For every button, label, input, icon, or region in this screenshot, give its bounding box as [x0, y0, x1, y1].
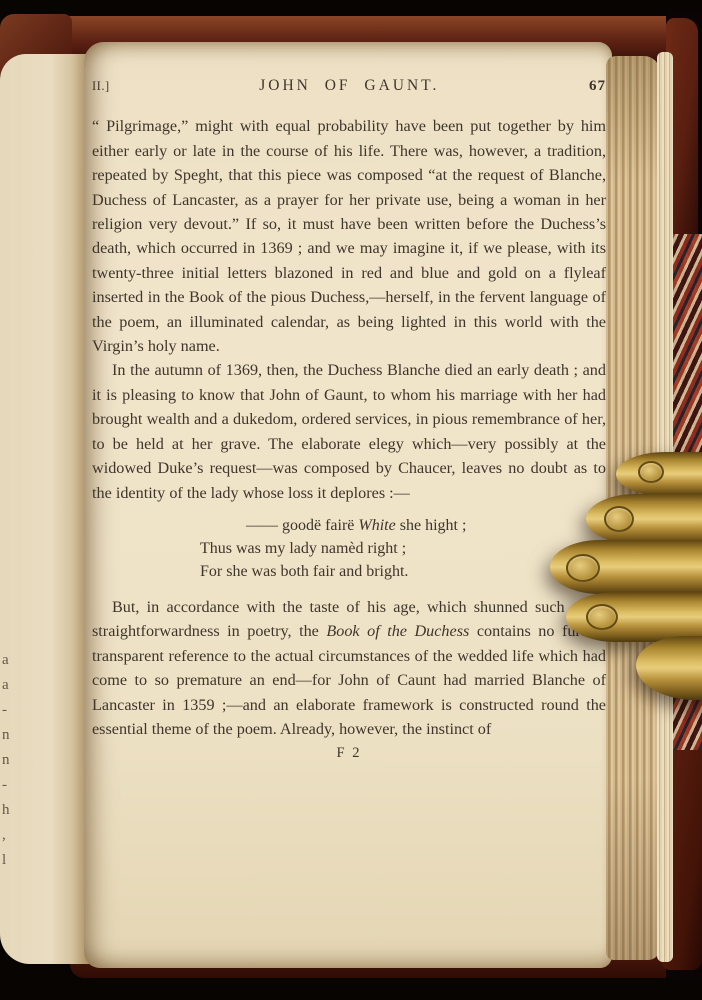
fingernail [586, 604, 618, 630]
brass-hand-index-knuckle [616, 452, 702, 496]
brass-hand-finger [586, 494, 702, 544]
facing-page-text-fragments: a a - n n - h , l [2, 648, 16, 873]
brass-hand-finger [550, 540, 702, 594]
paragraph-book-of-the-duchess: But, in accordance with the taste of his… [92, 595, 606, 741]
text-fragment: a [2, 648, 16, 673]
page-number: 67 [589, 74, 606, 98]
printed-text-block: II.] JOHN OF GAUNT. 67 “ Pilgrimage,” mi… [92, 74, 606, 766]
running-head: II.] JOHN OF GAUNT. 67 [92, 74, 606, 98]
paragraph-pilgrimage: “ Pilgrimage,” might with equal probabil… [92, 114, 606, 358]
text-fragment: l [2, 848, 16, 873]
book-photograph: a a - n n - h , l II.] JOHN OF GAUNT. 67… [0, 0, 702, 1000]
running-title: JOHN OF GAUNT. [259, 74, 439, 98]
text-fragment: h [2, 798, 16, 823]
text-fragment: - [2, 698, 16, 723]
fingernail [604, 506, 634, 532]
text-fragment: n [2, 723, 16, 748]
brass-hand-page-holder [540, 444, 702, 704]
brass-hand-finger [566, 592, 702, 642]
chapter-mark: II.] [92, 74, 110, 98]
signature-mark: F 2 [92, 741, 606, 765]
poem-line1-pre: —— goodë fairë [246, 517, 358, 534]
text-fragment: - [2, 773, 16, 798]
fingernail [566, 554, 600, 582]
text-fragment: , [2, 823, 16, 848]
fingernail [638, 461, 664, 483]
text-fragment: n [2, 748, 16, 773]
poem-line1-post: she hight ; [396, 517, 467, 534]
poem-line1-italic: White [358, 517, 395, 534]
paragraph-autumn-1369: In the autumn of 1369, then, the Duchess… [92, 358, 606, 504]
text-fragment: a [2, 673, 16, 698]
book-page: II.] JOHN OF GAUNT. 67 “ Pilgrimage,” mi… [84, 42, 612, 968]
paragraph3-italic-title: Book of the Duchess [326, 622, 469, 640]
brass-hand-edge [636, 636, 702, 700]
